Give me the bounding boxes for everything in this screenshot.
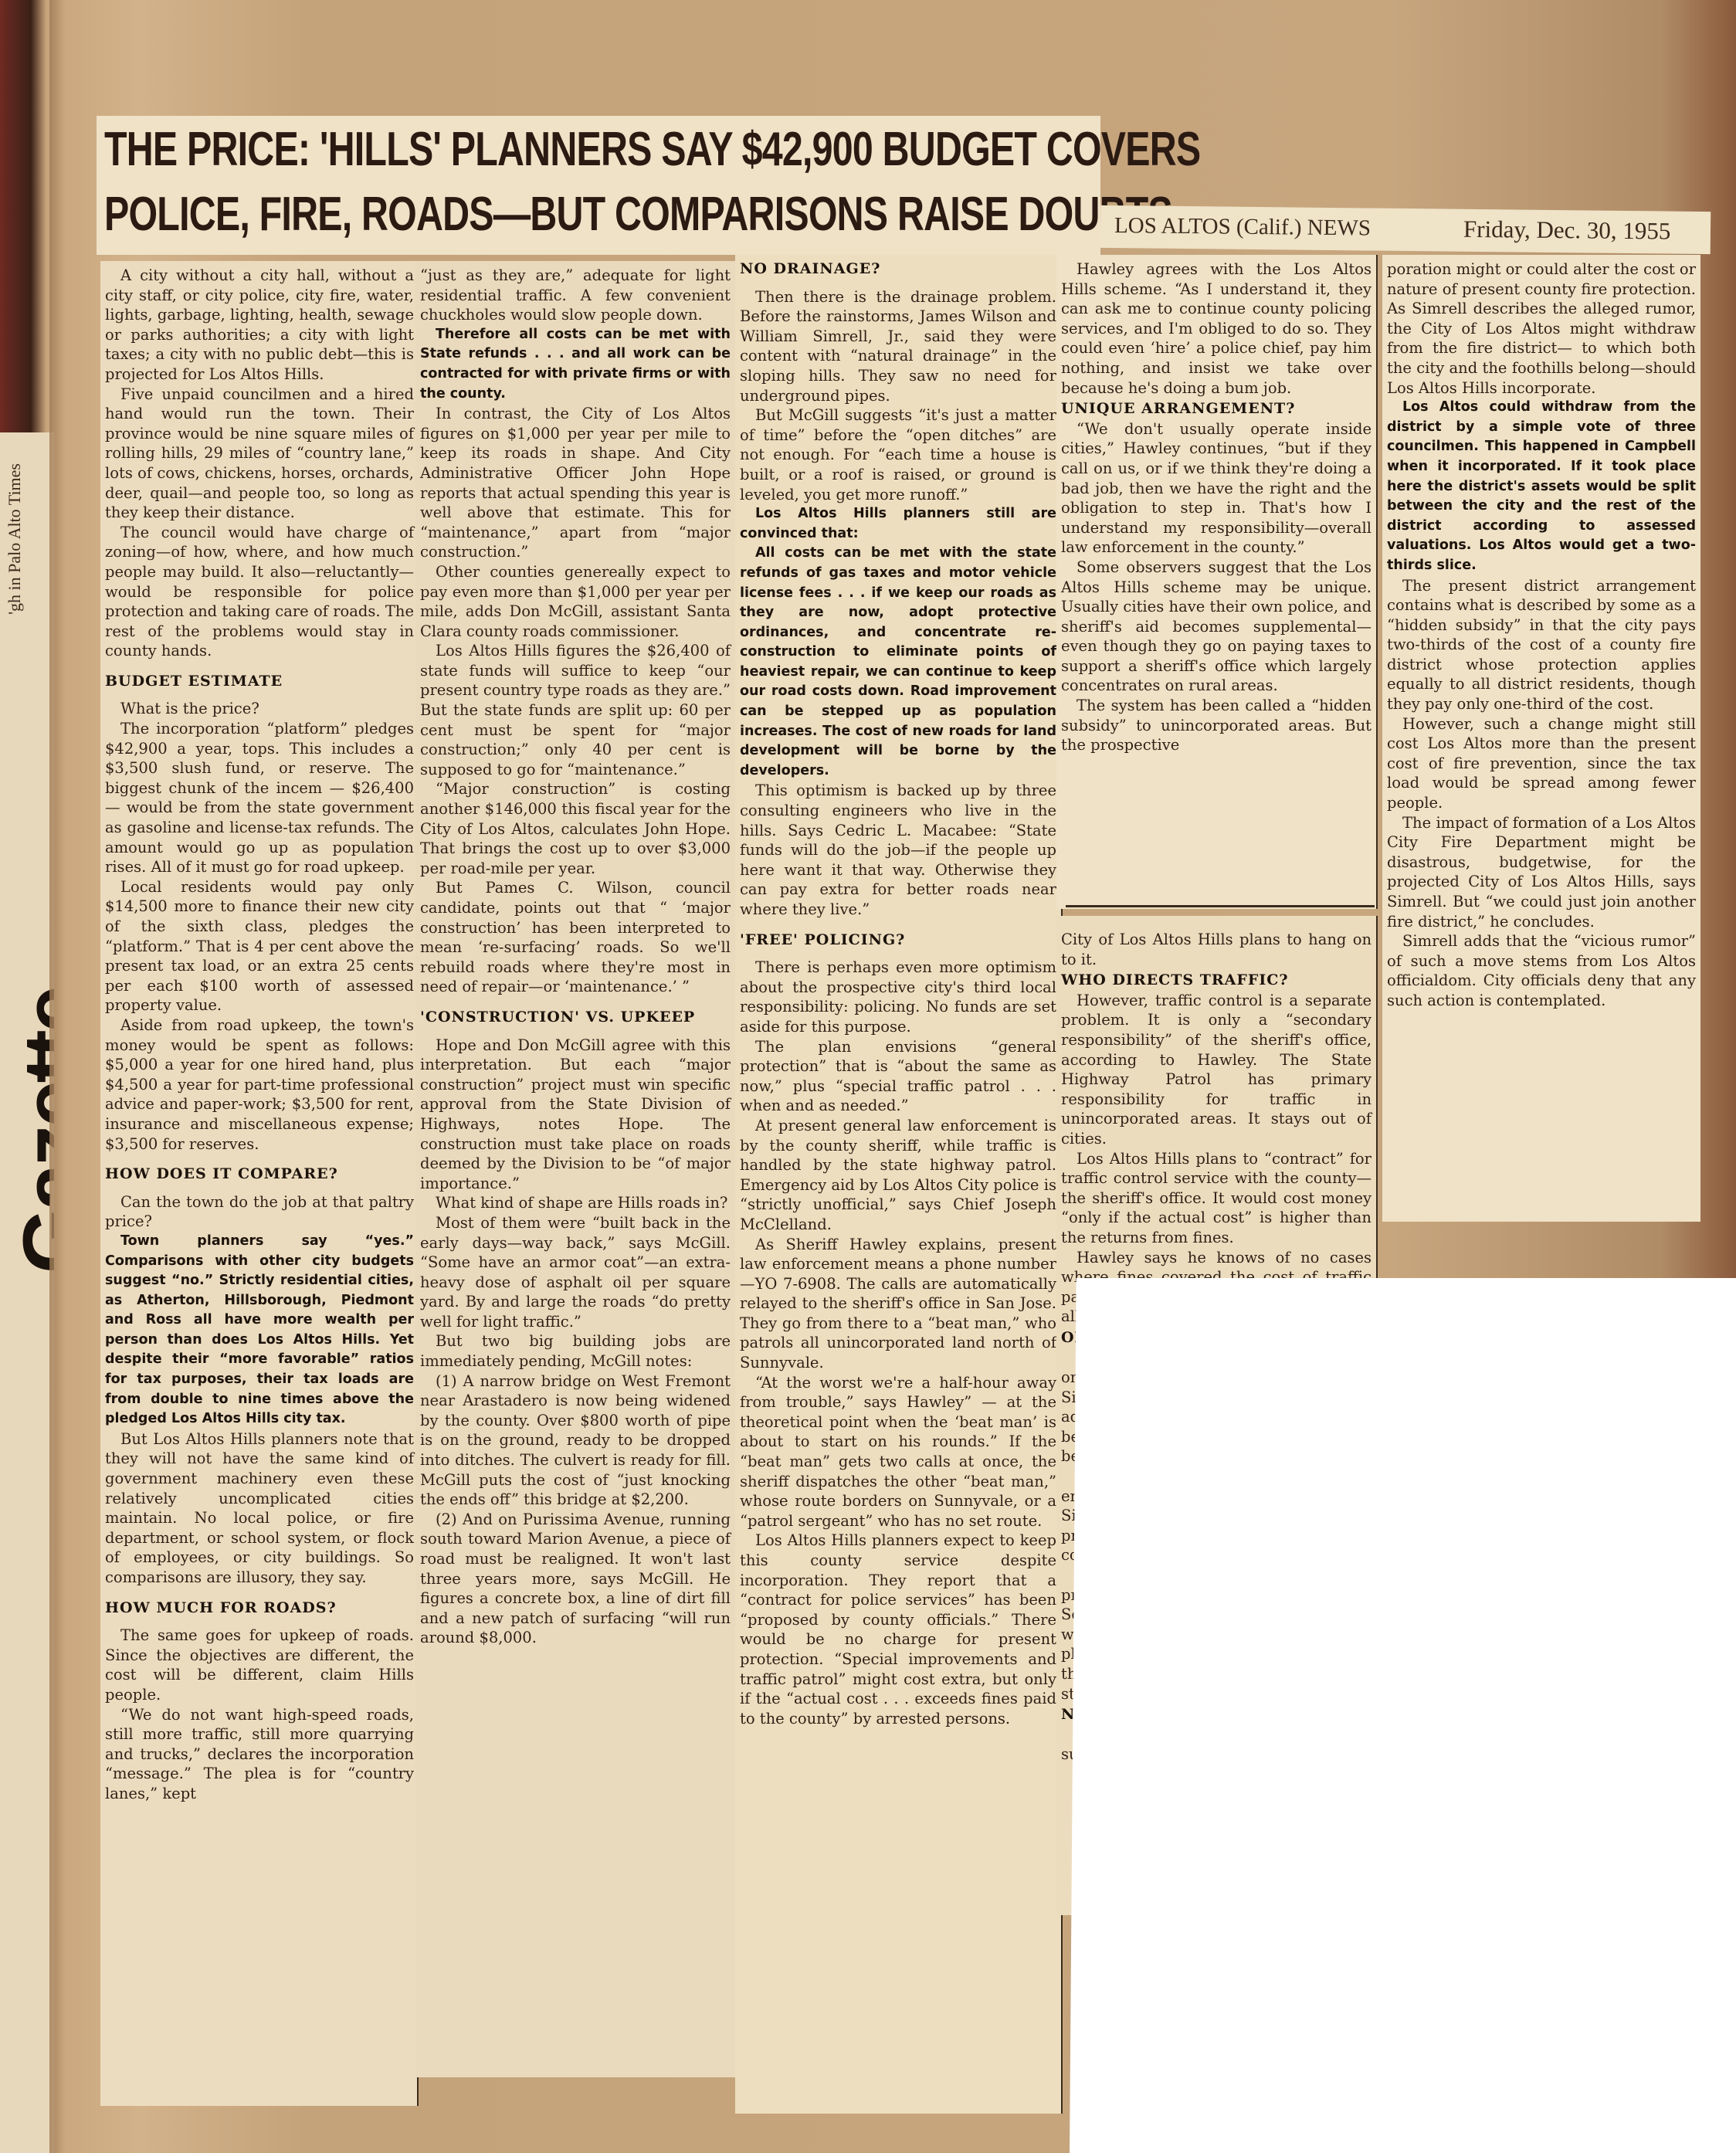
paragraph: (2) And on Purissima Avenue, running sou… bbox=[420, 1510, 731, 1648]
newspaper-name: LOS ALTOS (Calif.) NEWS bbox=[1114, 213, 1371, 241]
paragraph: The system has been called a “hidden sub… bbox=[1061, 696, 1372, 755]
paragraph: “We do not want high-speed roads, still … bbox=[105, 1705, 414, 1804]
paragraph: But Los Altos Hills planners note that t… bbox=[105, 1429, 414, 1588]
paragraph: There is perhaps even more optimism abou… bbox=[740, 958, 1056, 1036]
article-column-4-top: Hawley agrees with the Los Altos Hills s… bbox=[1056, 255, 1378, 909]
paragraph: “just as they are,” adequate for light r… bbox=[420, 266, 731, 325]
paragraph: Then there is the drainage problem. Befo… bbox=[740, 287, 1056, 406]
paragraph: The incorporation “platform” pledges $42… bbox=[105, 719, 414, 877]
bold-paragraph: Town planners say “yes.” Comparisons wit… bbox=[105, 1232, 414, 1429]
column-divider-rule bbox=[1066, 905, 1375, 907]
paragraph: Los Altos Hills plans to “contract” for … bbox=[1061, 1149, 1372, 1248]
paragraph: Most of them were “built back in the ear… bbox=[420, 1213, 731, 1332]
paragraph: What is the price? bbox=[105, 699, 414, 719]
bold-paragraph: Therefore all costs can be met with Stat… bbox=[420, 325, 731, 404]
paragraph: Aside from road upkeep, the town's money… bbox=[105, 1015, 414, 1154]
paragraph: The same goes for upkeep of roads. Since… bbox=[105, 1626, 414, 1704]
section-subhead: BUDGET ESTIMATE bbox=[105, 672, 414, 692]
headline-clipping: THE PRICE: 'HILLS' PLANNERS SAY $42,900 … bbox=[97, 116, 1100, 255]
paragraph: Some observers suggest that the Los Alto… bbox=[1061, 558, 1372, 696]
adjacent-clipping-strip: 'gh in Palo Alto Times ...Gazette bbox=[0, 432, 54, 2153]
paragraph: As Sheriff Hawley explains, present law … bbox=[740, 1235, 1056, 1373]
paragraph: Can the town do the job at that paltry p… bbox=[105, 1192, 414, 1232]
paragraph: But Pames C. Wilson, council candidate, … bbox=[420, 878, 731, 997]
publication-date: Friday, Dec. 30, 1955 bbox=[1463, 215, 1671, 246]
page-fold bbox=[49, 0, 65, 2153]
paragraph: Hope and Don McGill agree with this inte… bbox=[420, 1036, 731, 1194]
paragraph: What kind of shape are Hills roads in? bbox=[420, 1193, 731, 1213]
paragraph: “We don't usually operate inside cities,… bbox=[1061, 419, 1372, 558]
article-column-1: A city without a city hall, without a ci… bbox=[100, 261, 419, 2106]
headline-line-1: THE PRICE: 'HILLS' PLANNERS SAY $42,900 … bbox=[104, 122, 1200, 177]
paragraph: However, traffic control is a separate p… bbox=[1061, 991, 1372, 1149]
paragraph: In contrast, the City of Los Altos figur… bbox=[420, 404, 731, 562]
paragraph: Simrell adds that the “vicious rumor” of… bbox=[1387, 931, 1696, 1010]
paragraph: “At the worst we're a half-hour away fro… bbox=[740, 1373, 1056, 1531]
paragraph: Los Altos Hills planners expect to keep … bbox=[740, 1531, 1056, 1728]
paragraph: Five unpaid councilmen and a hired hand … bbox=[105, 385, 414, 523]
paragraph: (1) A narrow bridge on West Fremont near… bbox=[420, 1371, 731, 1510]
section-subhead: HOW DOES IT COMPARE? bbox=[105, 1165, 414, 1185]
article-column-2: “just as they are,” adequate for light r… bbox=[415, 261, 737, 2077]
section-subhead: UNIQUE ARRANGEMENT? bbox=[1061, 399, 1372, 419]
paragraph: The council would have charge of zoning—… bbox=[105, 523, 414, 661]
paragraph: The impact of formation of a Los Altos C… bbox=[1387, 813, 1696, 932]
paragraph: City of Los Altos Hills plans to hang on… bbox=[1061, 930, 1372, 969]
section-subhead: 'CONSTRUCTION' VS. UPKEEP bbox=[420, 1008, 731, 1028]
article-column-3: NO DRAINAGE?Then there is the drainage p… bbox=[735, 255, 1063, 2114]
blank-area bbox=[1070, 1278, 1736, 2153]
paragraph: Local residents would pay only $14,500 m… bbox=[105, 877, 414, 1015]
section-subhead: WHO DIRECTS TRAFFIC? bbox=[1061, 971, 1372, 991]
section-subhead: NO DRAINAGE? bbox=[740, 259, 1056, 280]
paragraph: poration might or could alter the cost o… bbox=[1387, 259, 1696, 398]
paragraph: But two big building jobs are immediatel… bbox=[420, 1331, 731, 1371]
section-subhead: HOW MUCH FOR ROADS? bbox=[105, 1599, 414, 1619]
article-column-5: poration might or could alter the cost o… bbox=[1382, 255, 1700, 1222]
side-masthead: ...Gazette bbox=[5, 988, 54, 1335]
bold-paragraph: Los Altos Hills planners still are convi… bbox=[740, 504, 1056, 544]
paragraph: Other counties genereally expect to pay … bbox=[420, 562, 731, 641]
paragraph: But McGill suggests “it's just a matter … bbox=[740, 405, 1056, 504]
paragraph: This optimism is backed up by three cons… bbox=[740, 781, 1056, 919]
bold-paragraph: Los Altos could withdraw from the distri… bbox=[1387, 398, 1696, 575]
paragraph: The present district arrangement contain… bbox=[1387, 576, 1696, 714]
side-caption: 'gh in Palo Alto Times bbox=[5, 463, 25, 615]
paragraph: Hawley agrees with the Los Altos Hills s… bbox=[1061, 259, 1372, 398]
paragraph: Los Altos Hills figures the $26,400 of s… bbox=[420, 641, 731, 779]
section-subhead: 'FREE' POLICING? bbox=[740, 931, 1056, 951]
paragraph: “Major construction” is costing another … bbox=[420, 779, 731, 878]
paragraph: At present general law enforcement is by… bbox=[740, 1116, 1056, 1235]
paragraph: The plan envisions “general protection” … bbox=[740, 1037, 1056, 1116]
headline-line-2: POLICE, FIRE, ROADS—BUT COMPARISONS RAIS… bbox=[104, 187, 1172, 242]
paragraph: A city without a city hall, without a ci… bbox=[105, 266, 414, 385]
masthead-clipping: LOS ALTOS (Calif.) NEWS Friday, Dec. 30,… bbox=[1100, 205, 1711, 254]
paragraph: However, such a change might still cost … bbox=[1387, 714, 1696, 813]
bold-paragraph: All costs can be met with the state refu… bbox=[740, 544, 1056, 781]
